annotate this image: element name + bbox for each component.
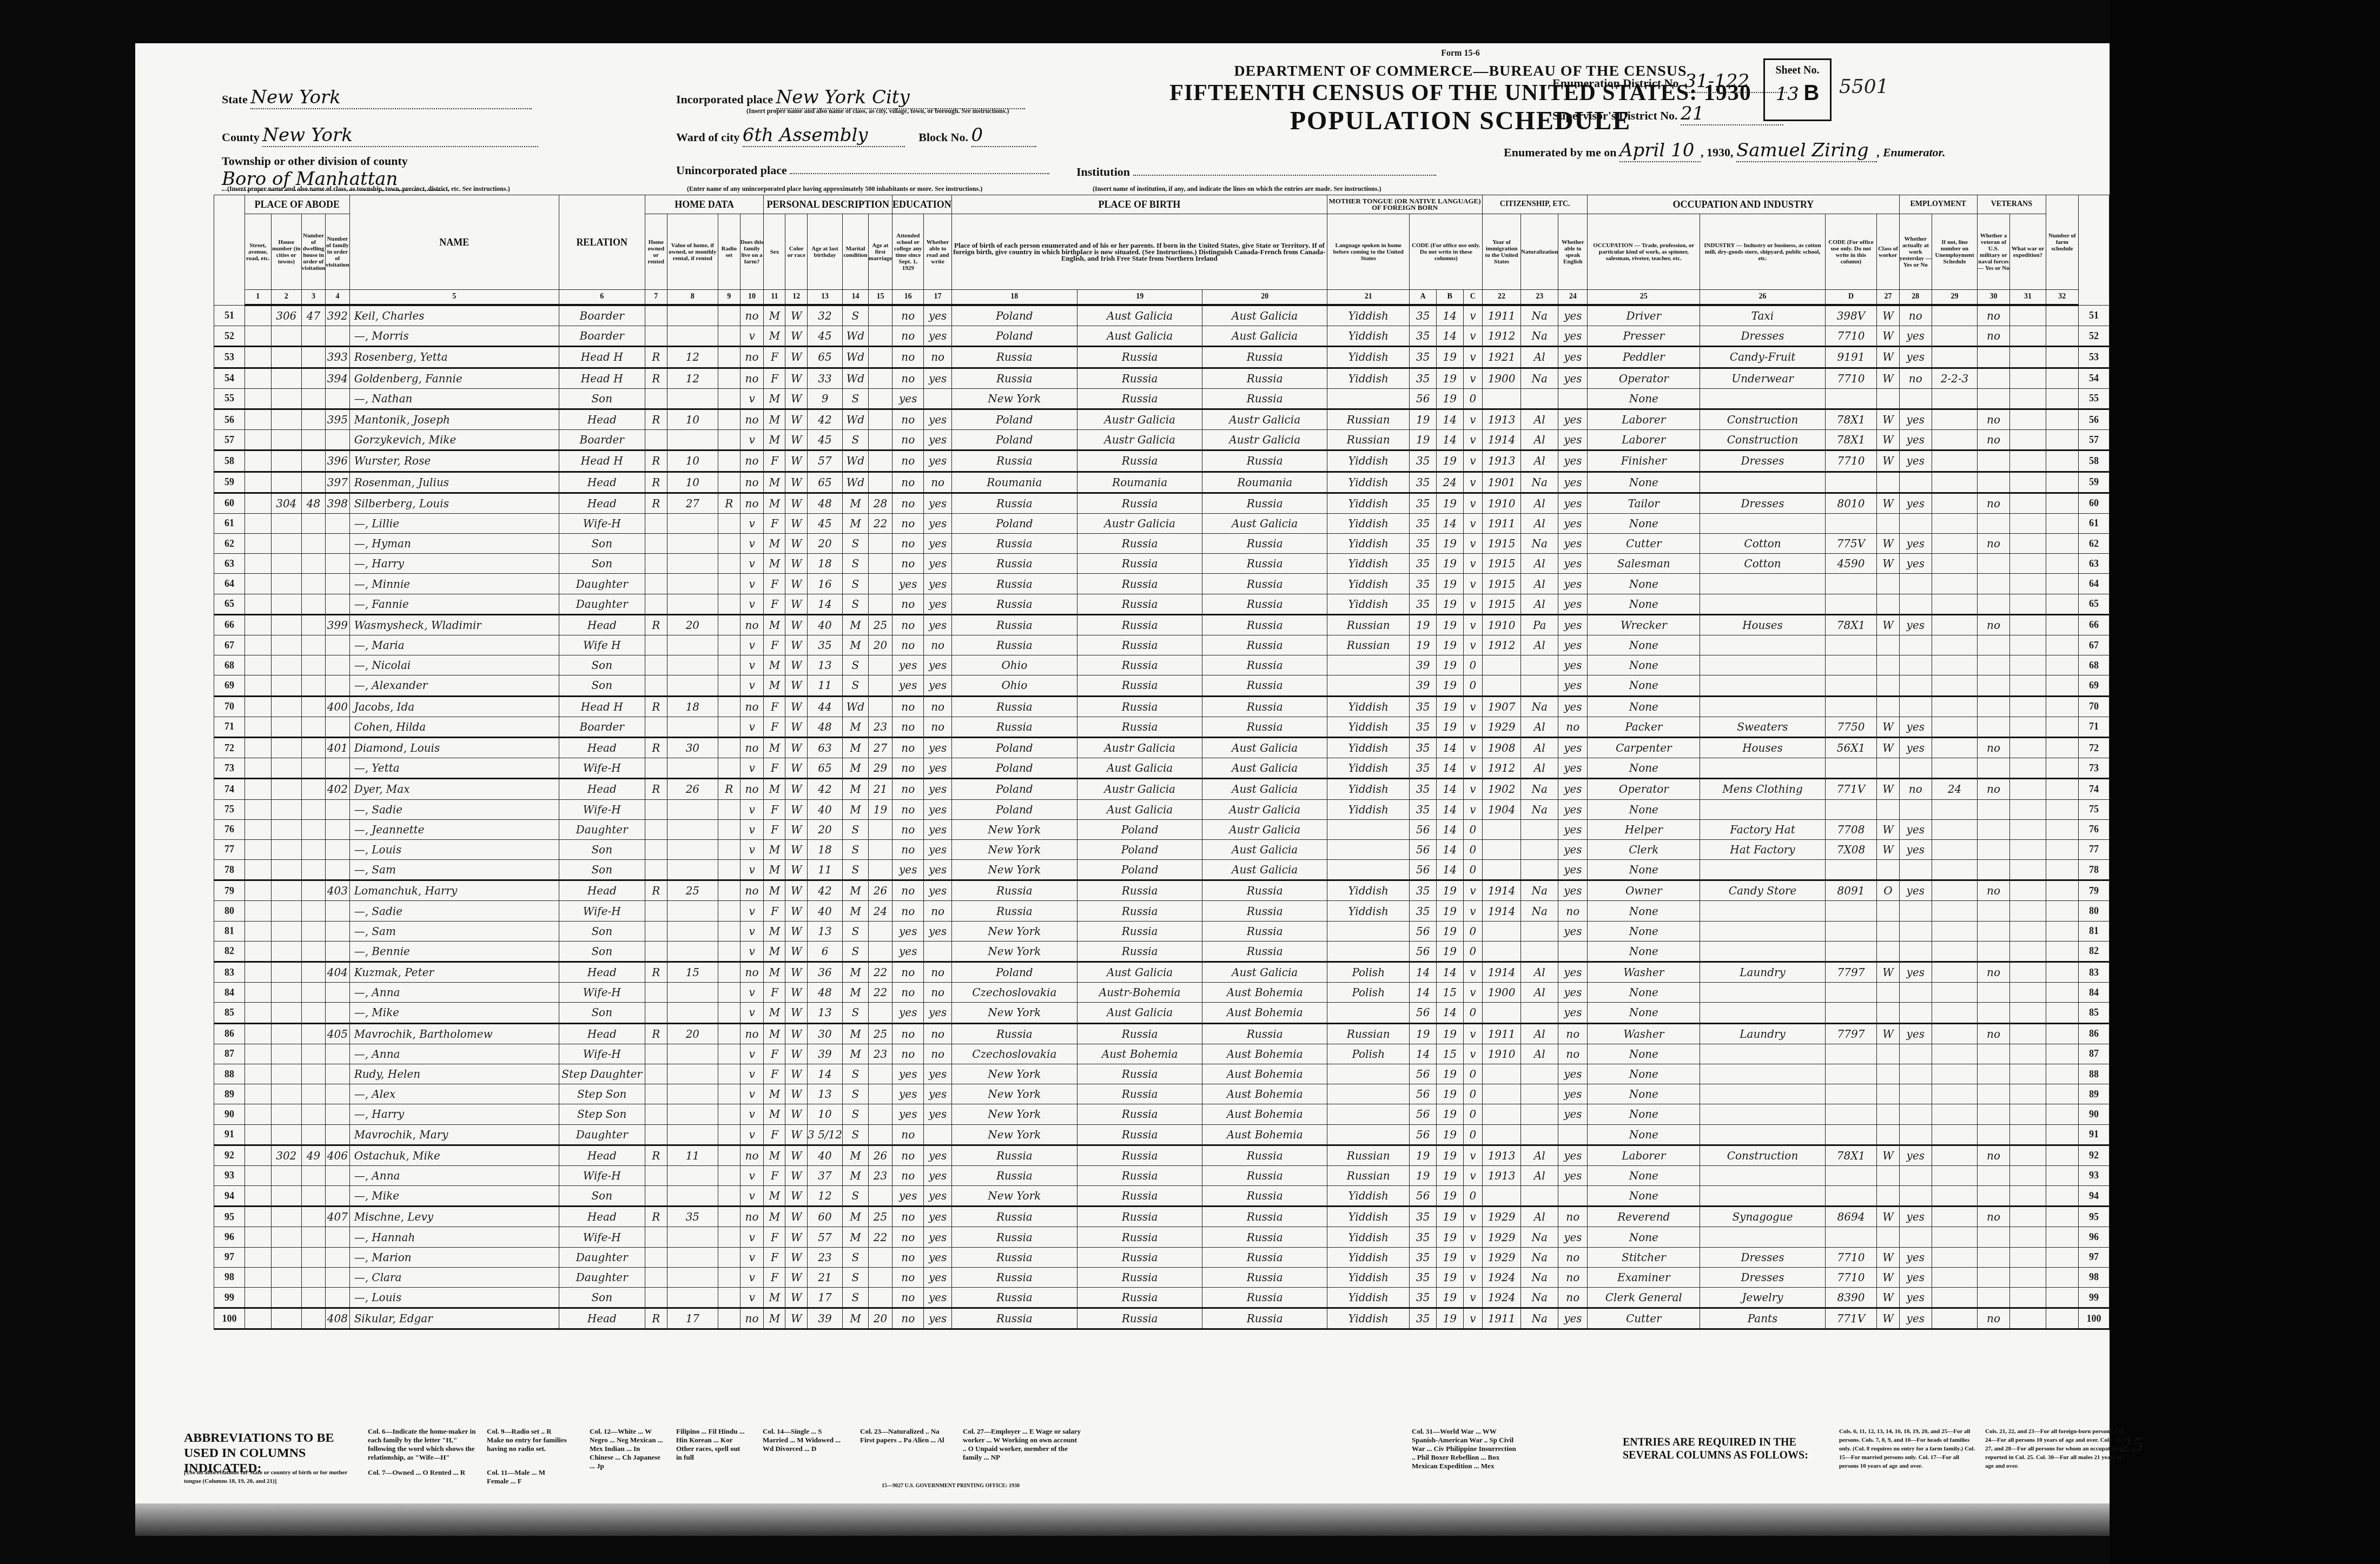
owned-rented-cell xyxy=(645,534,667,554)
table-row: 53 393 Rosenberg, Yetta Head H R 12 no F… xyxy=(214,347,2110,368)
marital-cell: M xyxy=(843,779,869,799)
code-d-cell xyxy=(1825,1227,1877,1247)
col-number: 19 xyxy=(1077,290,1202,306)
birthplace-father-cell: Russia xyxy=(1077,368,1202,388)
home-value-cell xyxy=(667,819,718,839)
family-number-cell xyxy=(326,1165,349,1185)
code-a-cell: 35 xyxy=(1410,493,1437,513)
birthplace-person-cell: New York xyxy=(951,819,1077,839)
owned-rented-cell xyxy=(645,574,667,594)
line-number-right: 83 xyxy=(2078,962,2109,983)
naturalization-cell xyxy=(1520,860,1558,880)
naturalization-cell: Na xyxy=(1520,1308,1558,1329)
home-value-cell xyxy=(667,758,718,779)
birthplace-father-cell: Russia xyxy=(1077,635,1202,655)
industry-cell xyxy=(1700,675,1825,696)
code-b-cell: 19 xyxy=(1436,1064,1463,1084)
war-cell xyxy=(2010,305,2046,326)
enumerated-date: April 10 xyxy=(1619,140,1701,162)
class-of-worker-cell: W xyxy=(1877,430,1899,450)
street-cell xyxy=(244,1207,271,1227)
veteran-cell xyxy=(1977,450,2009,472)
occupation-cell: None xyxy=(1588,675,1700,696)
code-a-cell: 14 xyxy=(1410,983,1437,1003)
age-cell: 36 xyxy=(808,962,843,983)
birthplace-person-cell: New York xyxy=(951,941,1077,962)
footer-col31: Col. 31—World War ... WW Spanish-America… xyxy=(1412,1427,1520,1470)
veteran-cell xyxy=(1977,472,2009,493)
industry-cell: Houses xyxy=(1700,737,1825,758)
at-work-cell: yes xyxy=(1899,880,1932,901)
veteran-cell: no xyxy=(1977,534,2009,554)
radio-cell xyxy=(718,941,740,962)
age-cell: 32 xyxy=(808,305,843,326)
line-number-right: 51 xyxy=(2078,305,2109,326)
farm-cell: v xyxy=(740,1003,764,1023)
industry-cell xyxy=(1700,1003,1825,1023)
birthplace-father-cell: Russia xyxy=(1077,1247,1202,1267)
line-number-right: 55 xyxy=(2078,388,2109,409)
dwelling-number-cell xyxy=(301,574,325,594)
naturalization-cell: Al xyxy=(1520,1165,1558,1185)
table-row: 100 408 Sikular, Edgar Head R 17 no M W … xyxy=(214,1308,2110,1329)
col-number: 13 xyxy=(808,290,843,306)
unemployment-line-cell xyxy=(1932,717,1978,737)
farm-schedule-cell xyxy=(2046,1288,2078,1308)
sex-cell: M xyxy=(764,880,785,901)
birthplace-father-cell: Russia xyxy=(1077,614,1202,635)
occupation-cell: None xyxy=(1588,758,1700,779)
occupation-cell: Presser xyxy=(1588,326,1700,347)
birthplace-person-cell: New York xyxy=(951,921,1077,941)
read-write-cell xyxy=(924,388,951,409)
mother-tongue-cell: Yiddish xyxy=(1327,574,1410,594)
birthplace-father-cell: Russia xyxy=(1077,1227,1202,1247)
naturalization-cell xyxy=(1520,1104,1558,1124)
farm-schedule-cell xyxy=(2046,941,2078,962)
war-cell xyxy=(2010,880,2046,901)
class-of-worker-cell: W xyxy=(1877,839,1899,859)
farm-cell: v xyxy=(740,1124,764,1145)
radio-cell xyxy=(718,1084,740,1104)
naturalization-cell: Na xyxy=(1520,534,1558,554)
code-c-cell: v xyxy=(1463,962,1483,983)
race-cell: W xyxy=(785,326,808,347)
age-cell: 13 xyxy=(808,655,843,675)
unemployment-line-cell xyxy=(1932,737,1978,758)
birthplace-mother-cell: Russia xyxy=(1202,717,1327,737)
unemployment-line-cell xyxy=(1932,696,1978,717)
birthplace-mother-cell: Russia xyxy=(1202,1165,1327,1185)
immigration-year-cell: 1913 xyxy=(1483,409,1521,429)
school-cell: no xyxy=(892,962,924,983)
industry-cell xyxy=(1700,1084,1825,1104)
family-number-cell xyxy=(326,1124,349,1145)
dwelling-number-cell xyxy=(301,1288,325,1308)
house-number-cell xyxy=(271,962,301,983)
sex-cell: M xyxy=(764,1207,785,1227)
birthplace-mother-cell: Russia xyxy=(1202,1207,1327,1227)
col-number: 16 xyxy=(892,290,924,306)
birthplace-father-cell: Russia xyxy=(1077,1165,1202,1185)
code-b-cell: 19 xyxy=(1436,696,1463,717)
at-work-cell: yes xyxy=(1899,326,1932,347)
farm-cell: v xyxy=(740,675,764,696)
home-value-cell: 11 xyxy=(667,1145,718,1165)
owned-rented-cell xyxy=(645,1288,667,1308)
industry-cell: Sweaters xyxy=(1700,717,1825,737)
marital-cell: M xyxy=(843,1308,869,1329)
race-cell: W xyxy=(785,1023,808,1044)
veteran-cell xyxy=(1977,594,2009,614)
farm-schedule-cell xyxy=(2046,1084,2078,1104)
home-value-cell: 30 xyxy=(667,737,718,758)
line-number-right: 72 xyxy=(2078,737,2109,758)
name-cell: —, Jeannette xyxy=(349,819,559,839)
occupation-cell: Helper xyxy=(1588,819,1700,839)
name-cell: —, Harry xyxy=(349,1104,559,1124)
relation-cell: Step Daughter xyxy=(559,1064,645,1084)
mother-tongue-cell xyxy=(1327,1104,1410,1124)
immigration-year-cell: 1910 xyxy=(1483,1044,1521,1064)
line-number-right: 71 xyxy=(2078,717,2109,737)
code-d-cell xyxy=(1825,1084,1877,1104)
family-number-cell: 407 xyxy=(326,1207,349,1227)
mother-tongue-cell: Yiddish xyxy=(1327,1288,1410,1308)
veteran-cell xyxy=(1977,554,2009,574)
school-cell: no xyxy=(892,983,924,1003)
immigration-year-cell: 1912 xyxy=(1483,635,1521,655)
sex-cell: M xyxy=(764,554,785,574)
at-work-cell: yes xyxy=(1899,1207,1932,1227)
name-cell: —, Marion xyxy=(349,1247,559,1267)
radio-cell xyxy=(718,880,740,901)
code-d-cell: 7710 xyxy=(1825,368,1877,388)
family-number-cell xyxy=(326,1003,349,1023)
entries-required-b: Cols. 21, 22, and 23—For all foreign-bor… xyxy=(1985,1427,2126,1470)
naturalization-cell: Al xyxy=(1520,1044,1558,1064)
home-value-cell xyxy=(667,594,718,614)
birthplace-person-cell: Russia xyxy=(951,635,1077,655)
house-number-cell xyxy=(271,1064,301,1084)
school-cell: no xyxy=(892,1288,924,1308)
family-number-cell: 401 xyxy=(326,737,349,758)
table-row: 81 —, Sam Son v M W 13 S yes yes New Yor… xyxy=(214,921,2110,941)
farm-schedule-cell xyxy=(2046,450,2078,472)
race-cell: W xyxy=(785,1064,808,1084)
code-c-cell: v xyxy=(1463,534,1483,554)
col-24-header: Whether able to speak English xyxy=(1558,214,1588,290)
farm-cell: v xyxy=(740,1186,764,1207)
industry-cell xyxy=(1700,1227,1825,1247)
class-of-worker-cell: W xyxy=(1877,1023,1899,1044)
code-d-cell xyxy=(1825,799,1877,819)
code-c-cell: v xyxy=(1463,326,1483,347)
radio-cell xyxy=(718,1145,740,1165)
birthplace-person-cell: Poland xyxy=(951,962,1077,983)
school-cell: no xyxy=(892,554,924,574)
farm-schedule-cell xyxy=(2046,534,2078,554)
class-of-worker-cell: W xyxy=(1877,347,1899,368)
industry-cell xyxy=(1700,941,1825,962)
code-a-cell: 56 xyxy=(1410,1003,1437,1023)
read-write-cell: yes xyxy=(924,1186,951,1207)
radio-cell xyxy=(718,819,740,839)
table-row: 77 —, Louis Son v M W 18 S no yes New Yo… xyxy=(214,839,2110,859)
race-cell: W xyxy=(785,696,808,717)
house-number-cell xyxy=(271,696,301,717)
naturalization-cell: Na xyxy=(1520,1267,1558,1287)
code-a-cell: 35 xyxy=(1410,1308,1437,1329)
sheet-side: B xyxy=(1803,81,1819,105)
farm-cell: v xyxy=(740,534,764,554)
group-citizenship: CITIZENSHIP, ETC. xyxy=(1483,195,1588,214)
age-first-marriage-cell xyxy=(868,450,892,472)
code-a-cell: 35 xyxy=(1410,594,1437,614)
unincorporated-label: Unincorporated place xyxy=(676,163,787,177)
occupation-cell: Finisher xyxy=(1588,450,1700,472)
mother-tongue-cell: Yiddish xyxy=(1327,1227,1410,1247)
speak-english-cell: yes xyxy=(1558,962,1588,983)
race-cell: W xyxy=(785,1165,808,1185)
township-label: Township or other division of county xyxy=(222,154,408,168)
dwelling-number-cell: 47 xyxy=(301,305,325,326)
class-of-worker-cell xyxy=(1877,941,1899,962)
code-d-cell: 78X1 xyxy=(1825,430,1877,450)
name-cell: Mavrochik, Mary xyxy=(349,1124,559,1145)
birthplace-mother-cell: Aust Bohemia xyxy=(1202,1064,1327,1084)
street-cell xyxy=(244,1003,271,1023)
code-a-cell: 19 xyxy=(1410,1023,1437,1044)
code-b-cell: 19 xyxy=(1436,1308,1463,1329)
name-cell: —, Hyman xyxy=(349,534,559,554)
home-value-cell: 20 xyxy=(667,1023,718,1044)
code-d-cell xyxy=(1825,655,1877,675)
veteran-cell: no xyxy=(1977,1207,2009,1227)
code-b-cell: 19 xyxy=(1436,635,1463,655)
war-cell xyxy=(2010,717,2046,737)
census-sheet: State New York County New York Township … xyxy=(135,43,2110,1503)
sex-cell: M xyxy=(764,1023,785,1044)
birthplace-person-cell: New York xyxy=(951,1124,1077,1145)
immigration-year-cell xyxy=(1483,1064,1521,1084)
age-first-marriage-cell: 24 xyxy=(868,901,892,921)
line-number-right: 68 xyxy=(2078,655,2109,675)
dwelling-number-cell xyxy=(301,941,325,962)
marital-cell: M xyxy=(843,717,869,737)
code-b-cell: 19 xyxy=(1436,1023,1463,1044)
mother-tongue-cell: Russian xyxy=(1327,614,1410,635)
code-b-cell: 15 xyxy=(1436,1044,1463,1064)
naturalization-cell: Al xyxy=(1520,717,1558,737)
col-number: 2 xyxy=(271,290,301,306)
class-of-worker-cell xyxy=(1877,696,1899,717)
owned-rented-cell xyxy=(645,799,667,819)
birthplace-person-cell: Russia xyxy=(951,696,1077,717)
sheet-label: Sheet No. xyxy=(1765,64,1830,77)
immigration-year-cell: 1929 xyxy=(1483,1207,1521,1227)
print-code-text: 15—9027 xyxy=(882,1483,903,1489)
code-c-cell: v xyxy=(1463,758,1483,779)
race-cell: W xyxy=(785,901,808,921)
unemployment-line-cell xyxy=(1932,513,1978,533)
birthplace-father-cell: Aust Galicia xyxy=(1077,305,1202,326)
code-c-cell: v xyxy=(1463,635,1483,655)
line-number: 54 xyxy=(214,368,245,388)
birthplace-mother-cell: Russia xyxy=(1202,534,1327,554)
school-cell: no xyxy=(892,717,924,737)
birthplace-mother-cell: Aust Bohemia xyxy=(1202,1044,1327,1064)
col-10-header: Does this family live on a farm? xyxy=(740,214,764,290)
owned-rented-cell: R xyxy=(645,1145,667,1165)
speak-english-cell xyxy=(1558,1186,1588,1207)
line-number: 85 xyxy=(214,1003,245,1023)
farm-schedule-cell xyxy=(2046,1165,2078,1185)
school-cell: no xyxy=(892,758,924,779)
code-a-cell: 56 xyxy=(1410,1084,1437,1104)
group-home-data: HOME DATA xyxy=(645,195,764,214)
dwelling-number-cell xyxy=(301,1186,325,1207)
marital-cell: M xyxy=(843,1165,869,1185)
war-cell xyxy=(2010,1104,2046,1124)
name-cell: —, Sam xyxy=(349,921,559,941)
occupation-cell: None xyxy=(1588,388,1700,409)
marital-cell: Wd xyxy=(843,409,869,429)
code-d-cell xyxy=(1825,513,1877,533)
unemployment-line-cell xyxy=(1932,819,1978,839)
birthplace-father-cell: Russia xyxy=(1077,1267,1202,1287)
veteran-cell xyxy=(1977,839,2009,859)
veteran-cell xyxy=(1977,860,2009,880)
unemployment-line-cell xyxy=(1932,1064,1978,1084)
race-cell: W xyxy=(785,717,808,737)
school-cell: yes xyxy=(892,1186,924,1207)
table-row: 84 —, Anna Wife-H v F W 48 M 22 no no Cz… xyxy=(214,983,2110,1003)
sex-cell: M xyxy=(764,860,785,880)
farm-schedule-cell xyxy=(2046,1145,2078,1165)
home-value-cell xyxy=(667,1267,718,1287)
code-d-cell: 78X1 xyxy=(1825,614,1877,635)
marital-cell: M xyxy=(843,737,869,758)
home-value-cell xyxy=(667,534,718,554)
street-cell xyxy=(244,962,271,983)
sex-cell: M xyxy=(764,388,785,409)
at-work-cell xyxy=(1899,1084,1932,1104)
birthplace-mother-cell: Aust Galicia xyxy=(1202,305,1327,326)
radio-cell xyxy=(718,472,740,493)
farm-cell: no xyxy=(740,347,764,368)
relation-cell: Head xyxy=(559,493,645,513)
farm-cell: no xyxy=(740,737,764,758)
code-b-cell: 19 xyxy=(1436,1247,1463,1267)
col-d-header: CODE (For office use only. Do not write … xyxy=(1825,214,1877,290)
occupation-cell: Operator xyxy=(1588,779,1700,799)
street-cell xyxy=(244,880,271,901)
speak-english-cell: yes xyxy=(1558,1104,1588,1124)
naturalization-cell: Al xyxy=(1520,635,1558,655)
age-cell: 13 xyxy=(808,1084,843,1104)
family-number-cell xyxy=(326,1288,349,1308)
dwelling-number-cell xyxy=(301,962,325,983)
read-write-cell: yes xyxy=(924,880,951,901)
margin-note: 25 xyxy=(2120,1441,2144,1450)
speak-english-cell: yes xyxy=(1558,799,1588,819)
code-a-cell: 35 xyxy=(1410,326,1437,347)
line-number-right: 62 xyxy=(2078,534,2109,554)
veteran-cell: no xyxy=(1977,1145,2009,1165)
school-cell: yes xyxy=(892,1084,924,1104)
class-of-worker-cell: W xyxy=(1877,717,1899,737)
line-number: 81 xyxy=(214,921,245,941)
radio-cell xyxy=(718,921,740,941)
radio-cell xyxy=(718,758,740,779)
col-number: 32 xyxy=(2046,290,2078,306)
birthplace-mother-cell: Russia xyxy=(1202,1308,1327,1329)
industry-cell: Construction xyxy=(1700,409,1825,429)
naturalization-cell: Al xyxy=(1520,574,1558,594)
unemployment-line-cell xyxy=(1932,450,1978,472)
naturalization-cell xyxy=(1520,1124,1558,1145)
code-d-cell: 9191 xyxy=(1825,347,1877,368)
name-cell: —, Anna xyxy=(349,983,559,1003)
table-row: 80 —, Sadie Wife-H v F W 40 M 24 no no R… xyxy=(214,901,2110,921)
code-b-cell: 19 xyxy=(1436,1084,1463,1104)
code-c-cell: v xyxy=(1463,409,1483,429)
read-write-cell: yes xyxy=(924,675,951,696)
house-number-cell xyxy=(271,1044,301,1064)
naturalization-cell: Na xyxy=(1520,305,1558,326)
marital-cell: M xyxy=(843,799,869,819)
immigration-year-cell: 1908 xyxy=(1483,737,1521,758)
owned-rented-cell: R xyxy=(645,493,667,513)
birthplace-person-cell: Russia xyxy=(951,347,1077,368)
mother-tongue-cell: Yiddish xyxy=(1327,901,1410,921)
birthplace-person-cell: Russia xyxy=(951,901,1077,921)
name-cell: —, Lillie xyxy=(349,513,559,533)
code-d-cell xyxy=(1825,594,1877,614)
footer-col27: Col. 27—Employer ... E Wage or salary wo… xyxy=(963,1427,1082,1462)
unemployment-line-cell xyxy=(1932,1267,1978,1287)
speak-english-cell: yes xyxy=(1558,409,1588,429)
veteran-cell xyxy=(1977,758,2009,779)
immigration-year-cell xyxy=(1483,1104,1521,1124)
industry-cell xyxy=(1700,921,1825,941)
birthplace-father-cell: Roumania xyxy=(1077,472,1202,493)
house-number-cell xyxy=(271,368,301,388)
birthplace-father-cell: Austr Galicia xyxy=(1077,430,1202,450)
age-cell: 39 xyxy=(808,1308,843,1329)
farm-schedule-cell xyxy=(2046,675,2078,696)
birthplace-mother-cell: Austr Galicia xyxy=(1202,430,1327,450)
war-cell xyxy=(2010,819,2046,839)
birthplace-person-cell: New York xyxy=(951,1186,1077,1207)
dwelling-number-cell: 48 xyxy=(301,493,325,513)
birthplace-father-cell: Russia xyxy=(1077,594,1202,614)
war-cell xyxy=(2010,1247,2046,1267)
birthplace-father-cell: Austr-Bohemia xyxy=(1077,983,1202,1003)
radio-cell xyxy=(718,534,740,554)
line-number: 97 xyxy=(214,1247,245,1267)
read-write-cell: yes xyxy=(924,594,951,614)
at-work-cell: yes xyxy=(1899,409,1932,429)
owned-rented-cell: R xyxy=(645,779,667,799)
street-cell xyxy=(244,594,271,614)
farm-cell: v xyxy=(740,1247,764,1267)
class-of-worker-cell xyxy=(1877,1064,1899,1084)
marital-cell: M xyxy=(843,614,869,635)
unemployment-line-cell xyxy=(1932,901,1978,921)
line-number-right: 74 xyxy=(2078,779,2109,799)
